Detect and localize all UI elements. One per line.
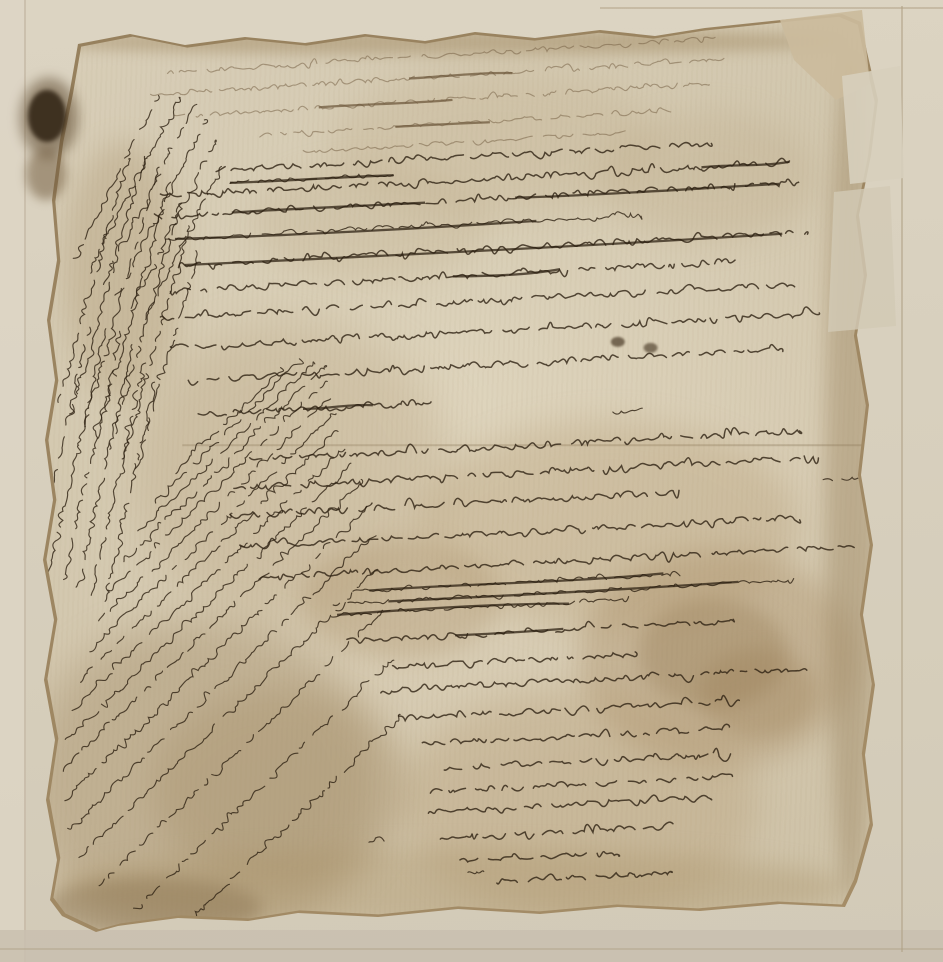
handwritten-line [428,792,712,817]
handwritten-line [160,157,790,202]
album-fold-line [24,0,26,962]
strikethrough-stroke [515,184,779,199]
margin-steep-notes [73,94,225,320]
handwritten-line [430,773,733,796]
handwritten-line [460,848,620,864]
handwritten-line [444,748,731,776]
handwritten-line [131,250,202,470]
handwritten-line [613,408,643,414]
handwritten-line [97,609,386,889]
strikethrough-stroke [319,99,453,108]
handwritten-line [137,360,316,534]
strikethrough-stroke [701,162,789,168]
strikethrough-stroke [175,220,536,241]
handwritten-line [188,344,783,386]
strikethrough-stroke [185,234,783,267]
album-page: Aged draft manuscript page in French cur… [0,0,943,962]
middle-block [230,424,875,618]
handwritten-line [497,868,673,885]
handwritten-line [150,54,724,97]
paper-surface [4,3,939,959]
handwritten-line [468,870,484,874]
handwritten-line [33,327,94,563]
handwritten-line [68,444,346,714]
handwritten-line [347,614,735,645]
handwritten-line [61,499,376,804]
handwritten-line [97,395,333,623]
margin-vertical-mid [33,327,160,603]
handwritten-line [823,476,875,481]
handwritten-line [127,138,220,310]
handwritten-line [331,597,629,618]
repair-patch-right-mid [826,186,898,336]
handwritten-line [185,712,403,923]
handwritten-line [101,382,159,603]
diagonal-marginalia [59,358,403,923]
handwritten-line [46,328,110,573]
album-left-strip [0,0,26,962]
album-bottom-band [0,930,943,962]
handwritten-line [178,227,808,271]
handwritten-line [58,330,124,580]
handwritten-line [77,567,380,861]
strikethrough-stroke [455,629,563,636]
handwritten-line [120,362,329,565]
album-bottom-rule [0,948,943,950]
ink-blot [28,90,66,142]
handwritten-line [174,79,709,119]
handwritten-line [87,362,150,597]
handwritten-line [398,695,739,725]
handwritten-line [259,542,854,583]
handwritten-line [440,820,673,844]
handwritten-line [230,172,394,185]
top-faded-lines [150,34,724,156]
strikethrough-stroke [395,121,490,128]
handwriting-layer [4,3,939,959]
handwritten-line [86,95,183,275]
handwritten-line [369,836,385,842]
margin-vertical-upper [55,155,202,470]
handwritten-line [75,344,138,588]
handwritten-line [392,651,637,672]
handwritten-line [198,399,431,419]
handwritten-line [165,211,642,245]
handwritten-line [131,656,396,912]
strikethrough-stroke [388,582,738,602]
strikethrough-stroke [232,202,425,213]
handwritten-line [154,177,799,220]
handwritten-line [160,279,795,324]
strikethrough-stroke [409,72,512,80]
handwritten-line [82,166,163,427]
strikethrough-stroke [230,174,394,184]
lower-block [347,614,807,885]
handwritten-line [66,531,377,833]
ink-blot [26,148,66,200]
handwritten-line [381,664,808,698]
handwritten-line [170,306,820,352]
handwritten-line [67,155,150,415]
album-top-rule [600,7,943,9]
handwritten-line [422,723,730,748]
manuscript-sheet [0,0,943,962]
handwritten-line [63,461,355,744]
opening-block [154,140,820,419]
handwritten-line [55,157,131,403]
handwritten-line [167,34,715,77]
